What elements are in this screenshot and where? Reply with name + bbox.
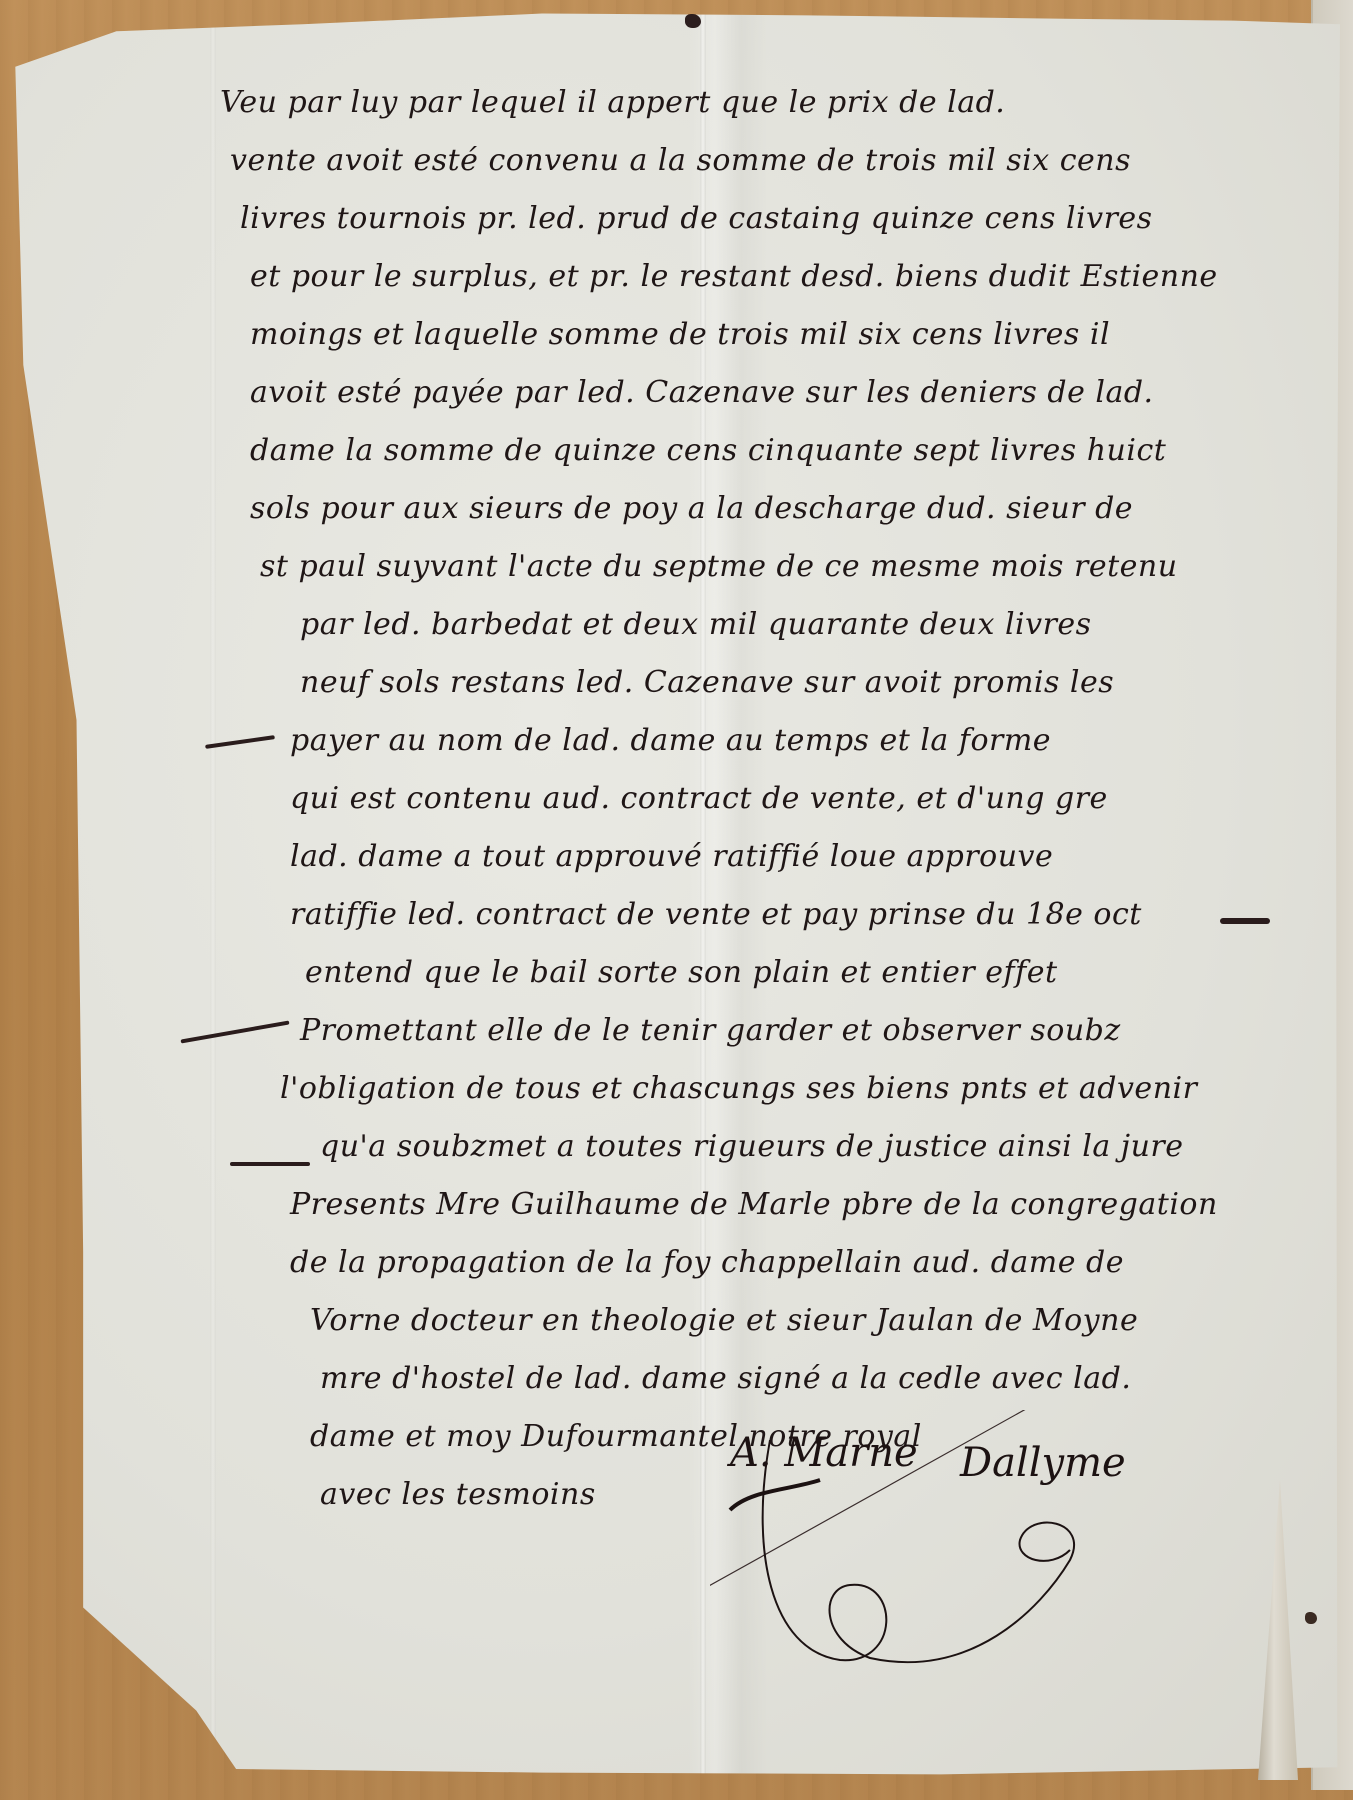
line-end-flourish bbox=[1220, 918, 1270, 924]
text-line-23: mre d'hostel de lad. dame signé a la ced… bbox=[320, 1361, 1131, 1396]
text-line-17: Promettant elle de le tenir garder et ob… bbox=[300, 1013, 1121, 1048]
text-line-12: payer au nom de lad. dame au temps et la… bbox=[290, 723, 1051, 758]
left-fold-line bbox=[210, 10, 216, 1785]
text-line-4: et pour le surplus, et pr. le restant de… bbox=[250, 259, 1218, 294]
text-line-21: de la propagation de la foy chappellain … bbox=[290, 1245, 1124, 1280]
text-line-1: Veu par luy par lequel il appert que le … bbox=[220, 85, 1005, 120]
signature-block: A. Marne Dallyme bbox=[710, 1410, 1270, 1680]
text-line-20: Presents Mre Guilhaume de Marle pbre de … bbox=[290, 1187, 1218, 1222]
text-line-11: neuf sols restans led. Cazenave sur avoi… bbox=[300, 665, 1114, 700]
text-line-13: qui est contenu aud. contract de vente, … bbox=[290, 781, 1108, 816]
text-line-7: dame la somme de quinze cens cinquante s… bbox=[250, 433, 1166, 468]
ink-blot bbox=[685, 14, 701, 28]
text-line-18: l'obligation de tous et chascungs ses bi… bbox=[280, 1071, 1197, 1106]
text-line-14: lad. dame a tout approuvé ratiffié loue … bbox=[290, 839, 1053, 874]
text-line-10: par led. barbedat et deux mil quarante d… bbox=[300, 607, 1092, 642]
text-line-8: sols pour aux sieurs de poy a la deschar… bbox=[250, 491, 1133, 526]
text-line-5: moings et laquelle somme de trois mil si… bbox=[250, 317, 1110, 352]
signature-left: A. Marne bbox=[730, 1430, 918, 1476]
text-line-25: avec les tesmoins bbox=[320, 1477, 596, 1512]
text-line-3: livres tournois pr. led. prud de castain… bbox=[240, 201, 1153, 236]
margin-flourish bbox=[230, 1162, 310, 1166]
text-line-9: st paul suyvant l'acte du septme de ce m… bbox=[260, 549, 1178, 584]
text-line-15: ratiffie led. contract de vente et pay p… bbox=[290, 897, 1142, 932]
signature-right: Dallyme bbox=[960, 1440, 1126, 1486]
text-line-2: vente avoit esté convenu a la somme de t… bbox=[230, 143, 1131, 178]
small-hole-mark bbox=[1305, 1612, 1317, 1624]
text-line-19: qu'a soubzmet a toutes rigueurs de justi… bbox=[320, 1129, 1184, 1164]
text-line-6: avoit esté payée par led. Cazenave sur l… bbox=[250, 375, 1154, 410]
text-line-16: entend que le bail sorte son plain et en… bbox=[305, 955, 1058, 990]
text-line-22: Vorne docteur en theologie et sieur Jaul… bbox=[310, 1303, 1138, 1338]
